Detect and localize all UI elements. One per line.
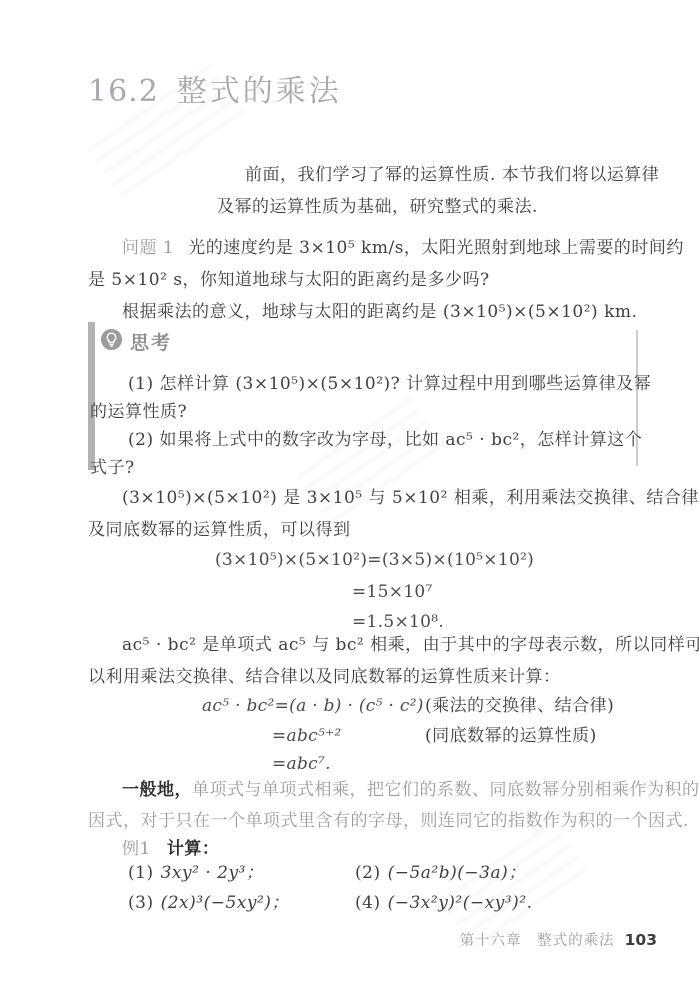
derivation1-equation-2: =15×10⁷: [352, 581, 433, 603]
rule-prefix: 一般地，: [122, 780, 192, 800]
example1-heading: 计算：: [167, 839, 220, 859]
derivation2-line-2: 以利用乘法交换律、结合律以及同底数幂的运算性质来计算：: [88, 666, 561, 688]
textbook-page: 16.2整式的乘法 前面，我们学习了幂的运算性质. 本节我们将以运算律 及幂的运…: [0, 0, 699, 987]
example1-item-2: (2)(−5a²b)(−3a)；: [355, 862, 526, 884]
example1-item-3-expression: (2x)³(−5xy²)；: [161, 893, 289, 913]
problem1-line-3: 根据乘法的意义，地球与太阳的距离约是 (3×10⁵)×(5×10²) km.: [122, 301, 637, 323]
derivation2-equation-3: =abc⁷.: [272, 753, 331, 775]
problem1-text-1: 光的速度约是 3×10⁵ km/s，太阳光照射到地球上需要的时间约: [188, 238, 684, 258]
derivation2-equation-2-note: (同底数幂的运算性质): [425, 725, 597, 747]
derivation1-line-1: (3×10⁵)×(5×10²) 是 3×10⁵ 与 5×10² 相乘，利用乘法交…: [122, 487, 699, 509]
example1-header: 例1计算：: [122, 838, 219, 860]
derivation1-equation-1: (3×10⁵)×(5×10²)=(3×5)×(10⁵×10²): [215, 549, 534, 571]
rule-line-2: 因式，对于只在一个单项式里含有的字母，则连同它的指数作为积的一个因式.: [88, 810, 689, 832]
example1-item-2-expression: (−5a²b)(−3a)；: [388, 863, 526, 883]
example1-item-1-number: (1): [128, 863, 154, 883]
derivation1-equation-3: =1.5×10⁸.: [352, 611, 444, 633]
think-q1-line-1: (1) 怎样计算 (3×10⁵)×(5×10²)? 计算过程中用到哪些运算律及幂: [128, 373, 651, 395]
think-q2-line-1: (2) 如果将上式中的数字改为字母，比如 ac⁵ · bc²，怎样计算这个: [128, 429, 642, 451]
section-title-text: 整式的乘法: [177, 74, 342, 109]
footer-page-number: 103: [625, 931, 657, 949]
footer-chapter-title: 第十六章 整式的乘法: [460, 933, 615, 949]
example1-item-3: (3)(2x)³(−5xy²)；: [128, 892, 289, 914]
lightbulb-icon: [100, 328, 123, 351]
derivation1-line-2: 及同底数幂的运算性质，可以得到: [88, 519, 351, 541]
problem1-label: 问题 1: [122, 238, 174, 258]
example1-item-1-expression: 3xy² · 2y³；: [161, 863, 264, 883]
intro-line-1: 前面，我们学习了幂的运算性质. 本节我们将以运算律: [245, 164, 659, 186]
derivation2-equation-1-note: (乘法的交换律、结合律): [425, 695, 614, 717]
example1-label: 例1: [122, 839, 151, 859]
rule-text-1: 单项式与单项式相乘，把它们的系数、同底数幂分别相乘作为积的: [192, 780, 699, 800]
think-box-left-bar: [88, 322, 95, 470]
problem1-line-1: 问题 1光的速度约是 3×10⁵ km/s，太阳光照射到地球上需要的时间约: [122, 237, 684, 259]
intro-line-2: 及幂的运算性质为基础，研究整式的乘法.: [217, 196, 538, 218]
rule-line-1: 一般地，单项式与单项式相乘，把它们的系数、同底数幂分别相乘作为积的: [122, 779, 699, 801]
section-title: 16.2整式的乘法: [88, 66, 342, 110]
example1-item-4-expression: (−3x²y)²(−xy³)².: [388, 893, 533, 913]
derivation2-equation-2: =abc⁵⁺²: [272, 725, 342, 747]
problem1-line-2: 是 5×10² s，你知道地球与太阳的距离约是多少吗?: [88, 269, 490, 291]
derivation2-equation-1: ac⁵ · bc²=(a · b) · (c⁵ · c²): [202, 695, 424, 717]
example1-item-1: (1)3xy² · 2y³；: [128, 862, 263, 884]
think-q2-line-2: 式子?: [90, 457, 135, 479]
example1-item-4: (4)(−3x²y)²(−xy³)².: [355, 892, 532, 914]
derivation2-line-1: ac⁵ · bc² 是单项式 ac⁵ 与 bc² 相乘，由于其中的字母表示数，所…: [122, 634, 699, 656]
think-title: 思考: [130, 328, 172, 355]
example1-item-4-number: (4): [355, 893, 381, 913]
section-number: 16.2: [88, 74, 159, 109]
example1-item-2-number: (2): [355, 863, 381, 883]
think-q1-line-2: 的运算性质?: [90, 401, 187, 423]
example1-item-3-number: (3): [128, 893, 154, 913]
page-footer: 第十六章 整式的乘法103: [460, 929, 657, 950]
